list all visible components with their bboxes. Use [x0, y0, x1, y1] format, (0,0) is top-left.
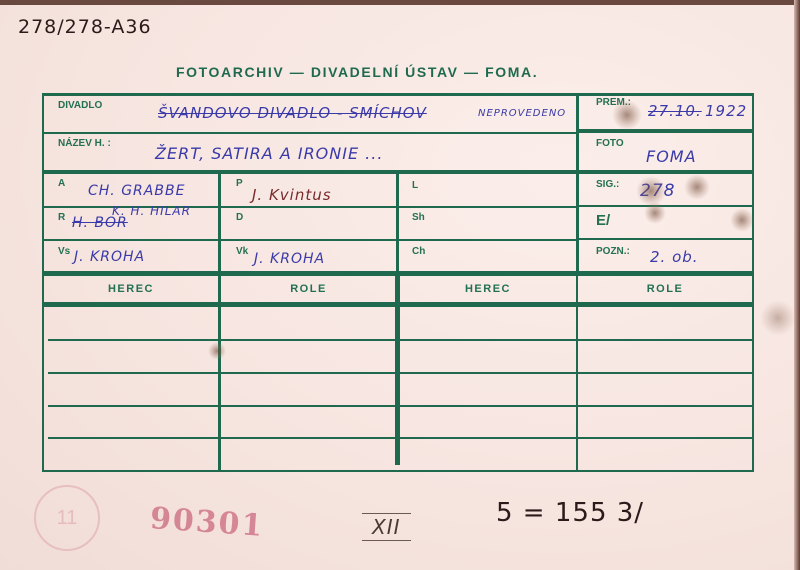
grid-line	[42, 132, 576, 134]
column-header-role-1: ROLE	[221, 283, 396, 295]
field-label-e: E/	[596, 212, 610, 229]
roman-numeral-mark: XII	[362, 513, 411, 541]
field-value-vs: J. KROHA	[74, 249, 145, 265]
grid-line	[42, 93, 44, 471]
field-label-nazev: NÁZEV H. :	[58, 138, 111, 149]
grid-line	[48, 405, 752, 407]
circle-stamp: 11	[34, 485, 100, 551]
pencil-note: 5 = 155 3/	[496, 498, 644, 528]
field-value-prem: 1922	[705, 102, 747, 120]
grid-line	[48, 372, 752, 374]
field-value-nazev: ŽERT, SATIRA A IRONIE ...	[155, 144, 383, 163]
column-header-herec-2: HEREC	[400, 283, 576, 295]
grid-line	[578, 238, 754, 240]
field-label-vk: Vk	[236, 246, 248, 257]
stain	[612, 100, 642, 130]
field-label-sh: Sh	[412, 212, 425, 223]
grid-line	[218, 172, 221, 472]
field-label-ch: Ch	[412, 246, 425, 257]
stain	[760, 300, 796, 336]
grid-line	[576, 272, 578, 470]
column-header-role-2: ROLE	[578, 283, 752, 295]
field-value-p: J. Kvintus	[252, 186, 332, 204]
field-value-a: CH. GRABBE	[88, 183, 185, 199]
field-label-a: A	[58, 178, 65, 189]
field-label-d: D	[236, 212, 243, 223]
field-label-r: R	[58, 212, 65, 223]
grid-line	[48, 437, 752, 439]
field-value-vk: J. KROHA	[254, 251, 325, 267]
field-note-divadlo: NEPROVEDENO	[478, 108, 566, 119]
grid-line	[42, 239, 576, 241]
field-label-divadlo: DIVADLO	[58, 100, 102, 111]
card-header-title: FOTOARCHIV — DIVADELNÍ ÚSTAV — FOMA.	[176, 64, 538, 80]
grid-line	[42, 93, 754, 96]
grid-line	[576, 93, 579, 273]
field-label-foto: FOTO	[596, 138, 624, 149]
stain	[684, 174, 710, 200]
grid-line	[752, 93, 754, 471]
grid-line	[48, 339, 752, 341]
field-label-pozn: POZN.:	[596, 246, 630, 257]
grid-line	[42, 470, 754, 472]
field-value-prem-struck: 27.10.	[648, 102, 702, 120]
stain	[208, 342, 226, 360]
grid-line	[578, 129, 754, 133]
archive-card: 278/278-A36 FOTOARCHIV — DIVADELNÍ ÚSTAV…	[0, 0, 800, 570]
field-value-divadlo: ŠVANDOVO DIVADLO - SMÍCHOV	[158, 104, 427, 122]
stain	[730, 208, 754, 232]
stain	[644, 202, 666, 224]
grid-line	[396, 172, 399, 272]
grid-line	[578, 205, 754, 207]
field-label-vs: Vs	[58, 246, 70, 257]
reference-number: 278/278-A36	[18, 16, 152, 38]
column-header-herec-1: HEREC	[44, 283, 218, 295]
red-stamp-number: 90301	[149, 501, 266, 544]
field-label-l: L	[412, 180, 418, 191]
card-top-edge	[0, 0, 800, 5]
field-value-foto: FOMA	[646, 147, 697, 166]
field-label-p: P	[236, 178, 243, 189]
field-label-sig: SIG.:	[596, 179, 619, 190]
field-value-r-struck: H. BOR	[72, 215, 128, 231]
field-value-pozn: 2. ob.	[650, 248, 699, 266]
